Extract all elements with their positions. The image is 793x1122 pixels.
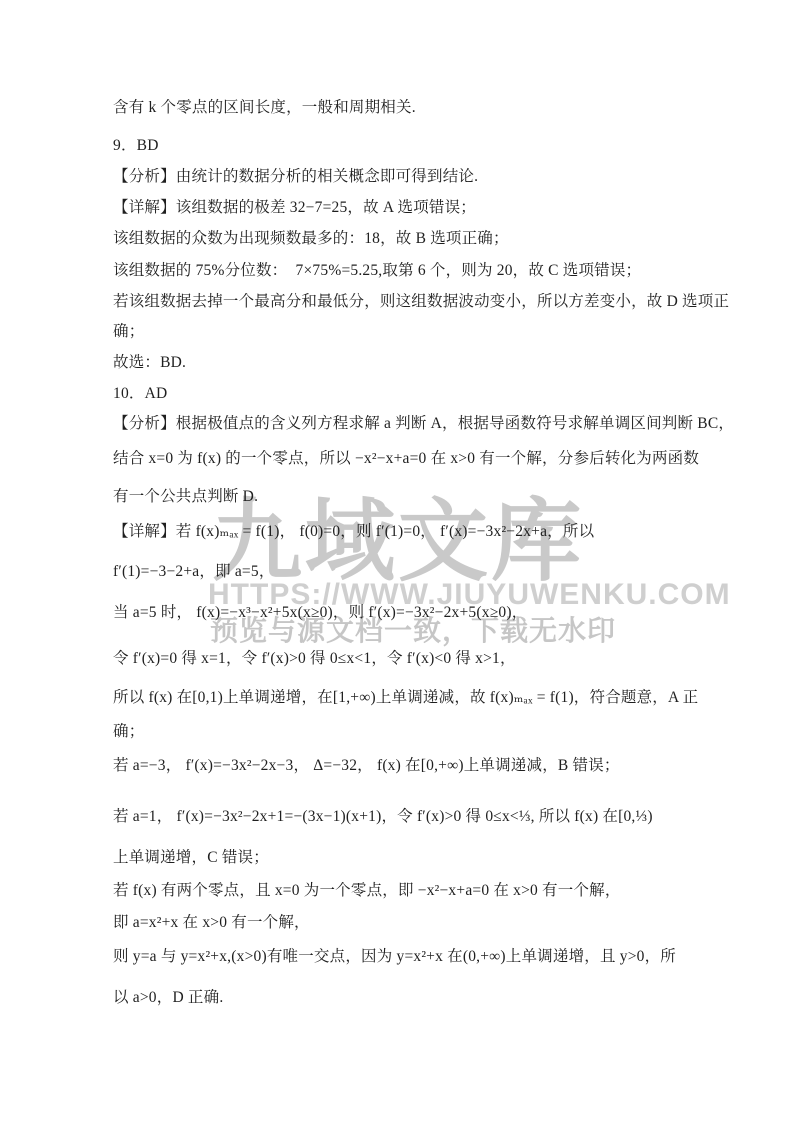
doc-line: 确； <box>113 721 144 742</box>
doc-line: 结合 x=0 为 f(x) 的一个零点，所以 −x²−x+a=0 在 x>0 有… <box>113 448 699 469</box>
doc-line: 【详解】若 f(x)ₘₐₓ = f(1)， f(0)=0，则 f′(1)=0， … <box>113 521 594 542</box>
document-page: 九域文库 HTTPS://WWW.JIUYUWENKU.COM 预览与源文档一致… <box>0 0 793 1122</box>
doc-line: 若该组数据去掉一个最高分和最低分，则这组数据波动变小，所以方差变小，故 D 选项… <box>113 291 729 312</box>
answer-9: 9．BD <box>113 135 159 156</box>
doc-line: 当 a=5 时， f(x)=−x³−x²+5x(x≥0)，则 f′(x)=−3x… <box>113 602 527 623</box>
doc-line: 【详解】该组数据的极差 32−7=25，故 A 选项错误； <box>113 197 476 218</box>
analysis-10: 【分析】根据极值点的含义列方程求解 a 判断 A，根据导函数符号求解单调区间判断… <box>113 413 734 434</box>
doc-line: 若 a=−3， f′(x)=−3x²−2x−3， Δ=−32， f(x) 在[0… <box>113 755 620 776</box>
doc-line: 所以 f(x) 在[0,1)上单调递增，在[1,+∞)上单调递减，故 f(x)ₘ… <box>113 687 698 708</box>
doc-line: 则 y=a 与 y=x²+x,(x>0)有唯一交点，因为 y=x²+x 在(0,… <box>113 946 676 967</box>
doc-line: 含有 k 个零点的区间长度，一般和周期相关. <box>113 97 416 118</box>
doc-line: 以 a>0，D 正确. <box>113 987 223 1008</box>
doc-line: 该组数据的众数为出现频数最多的：18，故 B 选项正确； <box>113 228 509 249</box>
doc-line: 上单调递增，C 错误； <box>113 847 269 868</box>
doc-line: 令 f′(x)=0 得 x=1，令 f′(x)>0 得 0≤x<1，令 f′(x… <box>113 648 516 669</box>
doc-line: 若 a=1， f′(x)=−3x²−2x+1=−(3x−1)(x+1)，令 f′… <box>113 806 653 827</box>
chosen-answer-9: 故选：BD. <box>113 352 186 373</box>
analysis-9: 【分析】由统计的数据分析的相关概念即可得到结论. <box>113 166 478 187</box>
doc-line: 确； <box>113 321 144 342</box>
doc-line: 若 f(x) 有两个零点，且 x=0 为一个零点，即 −x²−x+a=0 在 x… <box>113 880 621 901</box>
doc-line: 即 a=x²+x 在 x>0 有一个解， <box>113 912 310 933</box>
doc-line: f′(1)=−3−2+a，即 a=5， <box>113 561 275 582</box>
answer-10: 10．AD <box>113 383 167 404</box>
document-text: 含有 k 个零点的区间长度，一般和周期相关. 9．BD 【分析】由统计的数据分析… <box>0 0 793 1122</box>
doc-line: 该组数据的 75%分位数： 7×75%=5.25,取第 6 个，则为 20，故 … <box>113 260 641 281</box>
doc-line: 有一个公共点判断 D. <box>113 486 258 507</box>
